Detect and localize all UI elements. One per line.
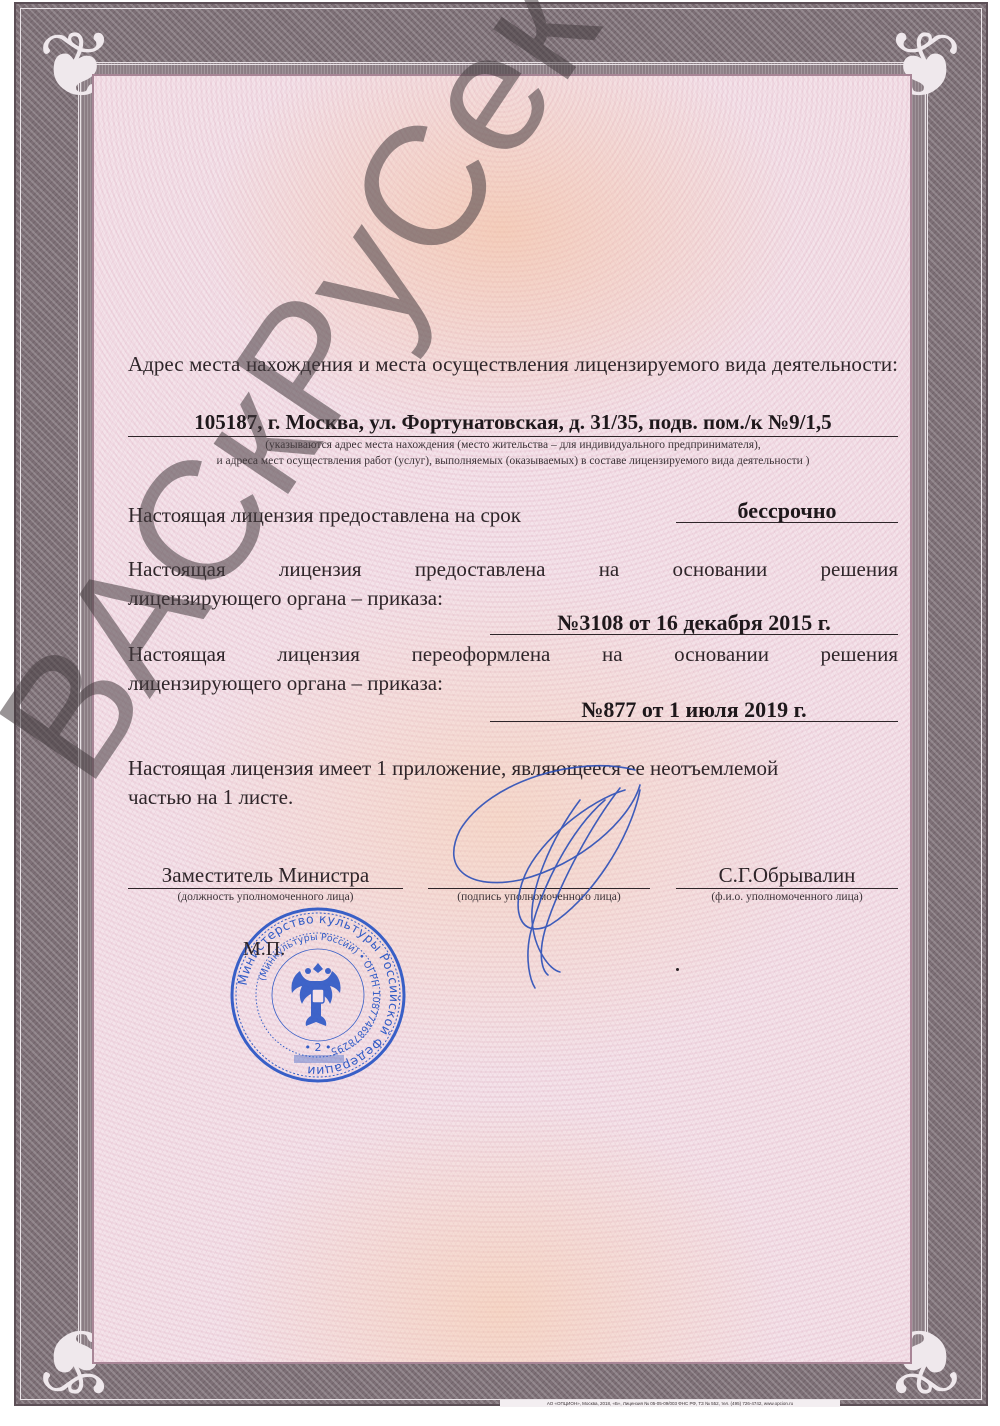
position-underline [128,888,403,889]
appendix-line1: Настоящая лицензия имеет 1 приложение, я… [128,756,778,781]
reissued-order: №877 от 1 июля 2019 г. [490,697,898,723]
signature-underline [428,888,650,889]
position-caption: (должность уполномоченного лица) [128,891,403,903]
name-value: С.Г.Обрывалин [676,863,898,888]
granted-label-line1: Настоящая лицензия предоставлена на осно… [128,557,898,582]
printer-imprint: АО «ОПЦИОН», Москва, 2018, «Б», Лицензия… [500,1400,840,1407]
reissued-label-line2: лицензирующего органа – приказа: [128,671,443,696]
term-underline [676,522,898,523]
name-caption: (ф.и.о. уполномоченного лица) [676,891,898,903]
term-value: бессрочно [676,498,898,524]
appendix-line2: частью на 1 листе. [128,785,293,810]
reissued-label-line1: Настоящая лицензия переоформлена на осно… [128,642,898,667]
name-underline [676,888,898,889]
position-value: Заместитель Министра [128,863,403,888]
address-caption-line1: (указываются адрес места нахождения (мес… [128,439,898,451]
ink-dot [676,968,679,971]
seal-label: М.П. [243,938,285,961]
term-label: Настоящая лицензия предоставлена на срок [128,503,521,528]
signature-caption: (подпись уполномоченного лица) [428,891,650,903]
granted-order: №3108 от 16 декабря 2015 г. [490,610,898,636]
address-caption-line2: и адреса мест осуществления работ (услуг… [128,455,898,467]
granted-label-line2: лицензирующего органа – приказа: [128,586,443,611]
reissued-order-underline [490,721,898,722]
granted-order-underline [490,634,898,635]
address-label: Адрес места нахождения и места осуществл… [128,352,898,377]
address-value: 105187, г. Москва, ул. Фортунатовская, д… [128,410,898,435]
address-underline [128,436,898,437]
